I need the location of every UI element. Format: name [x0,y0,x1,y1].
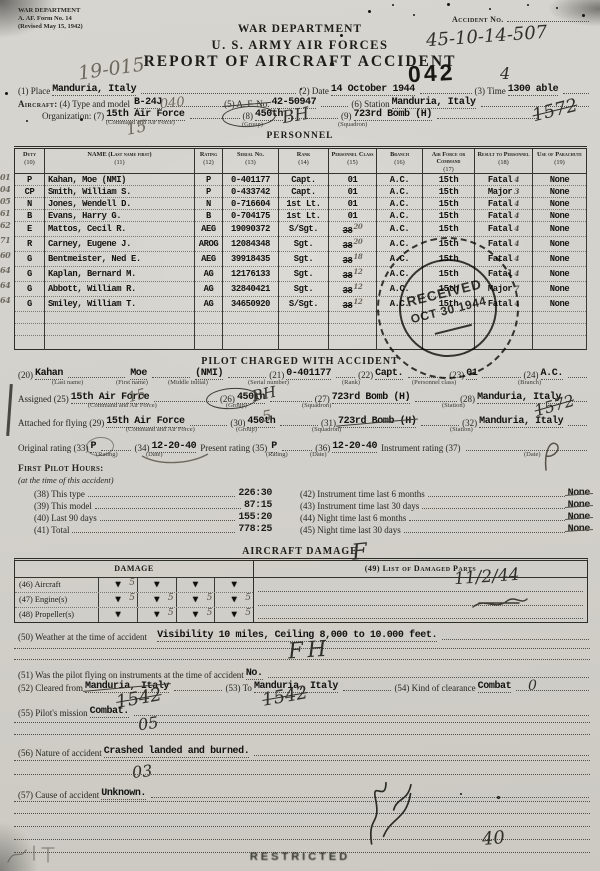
damage-mark-cell: ▼5 [214,593,253,607]
cell-rank: Sgt. [279,251,329,266]
cell-duty: G64 [15,281,45,296]
scan-speck [5,92,8,95]
cell-serial: 32840421 [223,281,279,296]
cell-rank: S/Sgt. [279,222,329,237]
damage-mark-cell: ▼5 [98,593,137,607]
cell-rank: 1st Lt. [279,198,329,210]
cell-branch: A.C. [377,198,423,210]
hours-heading: First Pilot Hours: [18,464,104,474]
damage-mark-cell: ▼ [98,608,137,622]
margin-pencil-code: 64 [0,280,10,290]
column-number: (18) [476,159,531,166]
assigned-label: Assigned (25) [18,394,69,404]
weather-label: (50) Weather at the time of accident [18,632,147,642]
q56-value: Crashed landed and burned. [104,746,250,758]
margin-pencil-code: 01 [0,172,10,182]
damage-mark-cell: ▼5 [214,608,253,622]
attached-line: Attached for flying (29) 15th Air Force … [18,416,590,428]
org-squadron-label: (9) [341,111,352,121]
cell-name: Mattos, Cecil R. [45,222,195,237]
personnel-heading: PERSONNEL [0,131,600,141]
cell-duty: E62 [15,222,45,237]
rank-sub: (Rank) [342,379,360,386]
cell-branch: A.C. [377,174,423,186]
attached-group-sub: (Group) [236,426,257,433]
time-value: 1300 able [508,84,558,96]
cell-result: Fatal4 [475,198,533,210]
damage-pencil-mark: 5 [129,577,135,590]
cell-name: Carney, Eugene J. [45,236,195,251]
column-label: Air Force or Command [424,151,473,165]
cell-chute: None [533,251,587,266]
cell-rank: Sgt. [279,236,329,251]
cell-cls: 01 [329,198,377,210]
attached-label: Attached for flying (29) [18,418,104,428]
hours-label: (42) Instrument time last 6 months [300,489,425,499]
cell-chute: None [533,281,587,296]
hours-label: (40) Last 90 days [34,513,97,523]
cell-rating: AG [195,296,223,311]
cell-serial: 19090372 [223,222,279,237]
table-row: CP04Smith, William S.P0-433742Capt.01A.C… [15,186,587,198]
assigned-squadron-sub: (Squadron) [302,402,331,409]
hours-label: (43) Instrument time last 30 days [300,501,419,511]
hours-value: None [568,500,590,511]
damage-mark: ▼ [152,579,161,589]
cell-rating: AROG [195,236,223,251]
cell-chute: None [533,174,587,186]
instr-rating-sub: (Date) [524,451,541,458]
column-header: Duty(10) [15,148,45,174]
parts-line [258,591,583,592]
hours-value: 155:20 [238,512,272,523]
damage-row-label: (46) Aircraft [15,578,98,592]
accident-report-page: WAR DEPARTMENT A. AF. Form No. 14 (Revis… [0,0,600,871]
column-header: Rank(14) [279,148,329,174]
damage-grid: DAMAGE (46) Aircraft▼5▼▼▼(47) Engine(s)▼… [15,561,254,622]
cell-cls: 3820 [329,236,377,251]
cell-duty: G64 [15,296,45,311]
cell-af: 15th [423,198,475,210]
dotted-rule [14,801,590,802]
dotted-rule [14,813,590,814]
branch-sub: (Branch) [518,379,541,386]
cell-serial: 0-433742 [223,186,279,198]
cell-serial: 12176133 [223,266,279,281]
margin-stroke [6,384,13,436]
scan-speck [368,10,371,13]
damage-mark-cell: ▼5 [176,608,215,622]
column-label: Rank [280,151,327,158]
column-header: Serial No.(13) [223,148,279,174]
damage-mark: ▼ [114,579,123,589]
org-squadron-sub: (Squadron) [338,121,367,128]
pilot-rank-label: (22) [358,370,373,380]
q54-value: Combat [478,681,512,693]
cell-name: Kahan, Moe (NMI) [45,174,195,186]
column-number: (13) [224,159,277,166]
cell-name: Abbott, William R. [45,281,195,296]
orig-rating-label: Original rating (33) [18,443,88,453]
q53-label: (53) To [225,683,251,693]
attached-station-sub: (Station) [450,426,473,433]
empty-cell [45,335,195,349]
cell-duty: G60 [15,251,45,266]
cell-rating: N [195,198,223,210]
damage-mark: ▼ [230,594,239,604]
q56-label: (56) Nature of accident [18,748,102,758]
form-number-line: WAR DEPARTMENT [18,7,83,15]
hours-row: (43) Instrument time last 30 daysNone [300,499,590,511]
damage-row-label: (47) Engine(s) [15,593,98,607]
scan-speck [527,4,529,6]
cell-chute: None [533,296,587,311]
cell-branch: A.C. [377,222,423,237]
cell-chute: None [533,222,587,237]
empty-cell [195,335,223,349]
cell-result: Major3 [475,186,533,198]
present-date-sub: (Date) [310,451,327,458]
dept-title: WAR DEPARTMENT [0,23,600,35]
cell-rating: AG [195,281,223,296]
cell-chute: None [533,236,587,251]
cell-rank: Sgt. [279,266,329,281]
hours-row: (40) Last 90 days155:20 [34,511,272,523]
column-number: (12) [196,159,221,166]
column-header: NAME (Last name first)(11) [45,148,195,174]
present-rating-sub: (Rating) [266,451,288,458]
cell-branch: A.C. [377,186,423,198]
pilot-name-line: (20) Kahan Moe (NMI) (21) 0-401177 (22) … [18,368,590,380]
damage-pencil-mark: 5 [207,592,213,605]
cell-chute: None [533,198,587,210]
cell-serial: 0-704175 [223,210,279,222]
empty-cell [195,311,223,323]
attached-station: Manduria, Italy [479,416,563,428]
damage-row-label: (48) Propeller(s) [15,608,98,622]
result-handwritten-mark: 4 [514,239,519,248]
damage-mark: ▼ [152,609,161,619]
q55-value: Combat. [90,706,129,718]
empty-cell [223,335,279,349]
cell-cls: 01 [329,210,377,222]
column-number: (11) [46,159,193,166]
damage-row: (46) Aircraft▼5▼▼▼ [15,578,253,593]
type-value: B-24J [134,97,162,109]
damage-mark-cell: ▼5 [98,578,137,592]
aircraft-prefix: Aircraft: [18,99,58,109]
empty-cell [223,323,279,335]
empty-cell [533,335,587,349]
q55-line: (55) Pilot's mission Combat. [18,706,592,718]
cell-duty: B61 [15,210,45,222]
cell-chute: None [533,186,587,198]
column-number: (10) [16,159,43,166]
damage-mark: ▼ [152,594,161,604]
scan-speck [413,14,415,16]
hours-value: 87:15 [244,500,272,511]
cell-af: 15th [423,210,475,222]
hours-left-column: (38) This type226:30(39) This model87:15… [34,487,272,535]
cell-serial: 12084348 [223,236,279,251]
hours-row: (41) Total778:25 [34,523,272,535]
cell-serial: 34650920 [223,296,279,311]
cell-serial: 39918435 [223,251,279,266]
hours-value: None [568,524,590,535]
cell-cls: 01 [329,186,377,198]
empty-cell [279,323,329,335]
column-label: Duty [16,151,43,158]
column-label: Result to Personnel [476,151,531,158]
pilot-id-label: (20) [18,370,33,380]
handwritten-four: 4 [500,64,510,83]
form-number-line: A. AF. Form No. 14 [18,15,83,23]
dotted-rule [14,722,590,723]
column-label: Rating [196,151,221,158]
q51-line: (51) Was the pilot flying on instruments… [18,668,592,680]
damage-pencil-mark: 5 [245,592,251,605]
hours-label: (41) Total [34,525,69,535]
damage-mark: ▼ [191,594,200,604]
cell-name: Smiley, William T. [45,296,195,311]
last-name-sub: (Last name) [52,379,83,386]
result-handwritten-mark: 4 [514,269,519,278]
q54-label: (54) Kind of clearance [394,683,475,693]
column-number: (17) [424,166,473,173]
parts-scribble [469,593,529,613]
parts-line [258,618,583,619]
q51-value: No. [246,668,263,680]
class-pencil-correction: 12 [353,267,362,276]
class-pencil-correction: 20 [353,222,362,231]
damage-mark: ▼ [230,579,239,589]
q57-label: (57) Cause of accident [18,790,99,800]
cell-rating: P [195,186,223,198]
cell-cls: 3820 [329,222,377,237]
empty-cell [195,323,223,335]
scan-speck [489,8,491,10]
empty-cell [45,323,195,335]
time-label: (3) Time [475,86,506,96]
attached-group-handwritten: 5 [261,406,274,425]
cell-cls: 3812 [329,296,377,311]
column-number: (16) [378,159,421,166]
column-header: Result to Personnel(18) [475,148,533,174]
hours-label: (39) This model [34,501,92,511]
damage-row: (47) Engine(s)▼5▼5▼5▼5 [15,593,253,608]
cell-name: Bentmeister, Ned E. [45,251,195,266]
cell-serial: 0-716604 [223,198,279,210]
hours-row: (44) Night time last 6 monthsNone [300,511,590,523]
restricted-classification: RESTRICTED [0,851,600,863]
column-number: (19) [534,159,585,166]
instr-rating-label: Instrument rating (37) [381,443,460,453]
damaged-parts-panel: (49) List of Damaged Parts 11/2/44 [254,561,587,622]
class-pencil-correction: 12 [353,282,362,291]
attached-command-sub: (Command and Air Force) [126,426,195,433]
hours-label: (38) This type [34,489,85,499]
cell-serial: 0-401177 [223,174,279,186]
footer-handwritten-number: 40 [481,827,506,850]
cell-duty: R71 [15,236,45,251]
cell-duty: CP04 [15,186,45,198]
attached-squadron: 723rd Bomb (H) [338,416,416,428]
date-underline-scribble [140,450,210,466]
cell-name: Smith, William S. [45,186,195,198]
q56-handwritten: 03 [131,761,153,782]
damage-mark: ▼ [114,609,123,619]
scan-speck [26,120,28,122]
empty-cell [279,335,329,349]
cell-rank: Sgt. [279,281,329,296]
hours-value: 226:30 [238,488,272,499]
hours-label: (44) Night time last 6 months [300,513,406,523]
attached-squadron-sub: (Squadron) [312,426,341,433]
empty-cell [15,323,45,335]
hours-label: (45) Night time last 30 days [300,525,401,535]
empty-cell [15,335,45,349]
result-handwritten-mark: 4 [514,254,519,263]
cell-af: 15th [423,186,475,198]
column-label: NAME (Last name first) [46,151,193,158]
cell-rank: Capt. [279,186,329,198]
cell-duty: G64 [15,266,45,281]
column-header: Use of Parachute(19) [533,148,587,174]
cell-rank: S/Sgt. [279,296,329,311]
empty-cell [329,323,377,335]
damage-mark-cell: ▼5 [137,608,176,622]
cell-rating: AG [195,266,223,281]
hours-row: (38) This type226:30 [34,487,272,499]
result-handwritten-mark: 4 [514,211,519,220]
present-rating-label: Present rating (35) [200,443,267,453]
place-label: (1) Place [18,86,50,96]
damage-table: DAMAGE (46) Aircraft▼5▼▼▼(47) Engine(s)▼… [14,558,588,623]
table-row: N05Jones, Wendell D.N0-7166041st Lt.01A.… [15,198,587,210]
margin-pencil-code: 64 [0,265,10,275]
hours-row: (42) Instrument time last 6 monthsNone [300,487,590,499]
assigned-squadron: 723rd Bomb (H) [332,392,410,404]
cell-result: Fatal4 [475,174,533,186]
empty-cell [45,311,195,323]
parts-handwritten-date: 11/2/44 [453,565,520,590]
margin-pencil-code: 61 [0,208,10,218]
middle-initial-sub: (Middle initial) [168,379,208,386]
cell-rating: P [195,174,223,186]
margin-pencil-code: 05 [0,196,10,206]
cell-rating: AEG [195,222,223,237]
damage-mark-cell: ▼ [137,578,176,592]
rating-right-scribble [540,438,566,472]
dotted-rule [14,774,590,775]
cell-rank: Capt. [279,174,329,186]
dotted-rule [14,760,590,761]
column-label: Branch [378,151,421,158]
q57-line: (57) Cause of accident Unknown. [18,788,592,800]
cell-rating: B [195,210,223,222]
column-label: Use of Parachute [534,151,585,158]
hours-right-column: (42) Instrument time last 6 monthsNone(4… [300,487,590,535]
damage-pencil-mark: 5 [129,592,135,605]
damage-pencil-mark: 5 [168,607,174,620]
column-header: Rating(12) [195,148,223,174]
hours-value: None [568,512,590,523]
cell-result: Fatal4 [475,210,533,222]
column-header: Branch(16) [377,148,423,174]
parts-line [258,605,583,606]
column-label: Serial No. [224,151,277,158]
cell-name: Evans, Harry G. [45,210,195,222]
cell-rating: AEG [195,251,223,266]
hours-value: 778:25 [238,524,272,535]
cell-rank: 1st Lt. [279,210,329,222]
hours-row: (45) Night time last 30 daysNone [300,523,590,535]
damage-grid-header: DAMAGE [15,561,253,578]
table-row: B61Evans, Harry G.B0-7041751st Lt.01A.C.… [15,210,587,222]
margin-pencil-code: 71 [0,235,10,245]
hours-row: (39) This model87:15 [34,499,272,511]
assigned-command-sub: (Command and Air Force) [88,402,157,409]
station-value: Manduria, Italy [392,97,476,109]
org-label: Organization: (7) [42,111,104,121]
column-label: Personnel Class [330,151,375,158]
damage-mark-cell: ▼5 [176,593,215,607]
cell-chute: None [533,266,587,281]
damage-row: (48) Propeller(s)▼▼5▼5▼5 [15,608,253,622]
scan-speck [556,7,558,9]
type-label: (4) Type and model [60,99,130,109]
result-handwritten-mark: 4 [514,224,519,233]
column-header: Air Force or Command(17) [423,148,475,174]
margin-pencil-code: 64 [0,295,10,305]
cell-branch: A.C. [377,210,423,222]
empty-cell [533,323,587,335]
assigned-station-sub: (Station) [442,402,465,409]
margin-pencil-code: 62 [0,220,10,230]
damage-mark-cell: ▼ [214,578,253,592]
place-value: Manduria, Italy [52,84,136,96]
q57-value: Unknown. [101,788,146,800]
result-handwritten-mark: 4 [514,175,519,184]
cell-name: Jones, Wendell D. [45,198,195,210]
place-date-time-line: (1) Place Manduria, Italy (2) Date 14 Oc… [18,84,592,96]
damage-mark-cell: ▼ [176,578,215,592]
hours-subheading: (at the time of this accident) [18,475,114,485]
margin-pencil-code: 04 [0,184,10,194]
org-squadron-value: 723rd Bomb (H) [354,109,432,121]
pilot-serial: 0-401177 [286,368,331,380]
class-pencil-correction: 12 [353,297,362,306]
column-header: Personnel Class(15) [329,148,377,174]
station-label: (6) Station [351,99,389,109]
damage-mark: ▼ [191,609,200,619]
present-date-value: 12-20-40 [332,441,377,453]
damage-mark: ▼ [191,579,200,589]
scan-speck [392,4,394,6]
q56-line: (56) Nature of accident Crashed landed a… [18,746,592,758]
date-label: (2) Date [299,86,329,96]
branch-title: U. S. ARMY AIR FORCES [0,38,600,53]
fh-handwritten: FH [287,637,331,665]
empty-cell [15,311,45,323]
q55-label: (55) Pilot's mission [18,708,88,718]
column-number: (15) [330,159,375,166]
damage-heading: AIRCRAFT DAMAGE [0,546,600,557]
result-handwritten-mark: 4 [514,199,519,208]
damage-mark: ▼ [114,594,123,604]
table-row: P01Kahan, Moe (NMI)P0-401177Capt.01A.C.1… [15,174,587,186]
cell-name: Kaplan, Bernard M. [45,266,195,281]
